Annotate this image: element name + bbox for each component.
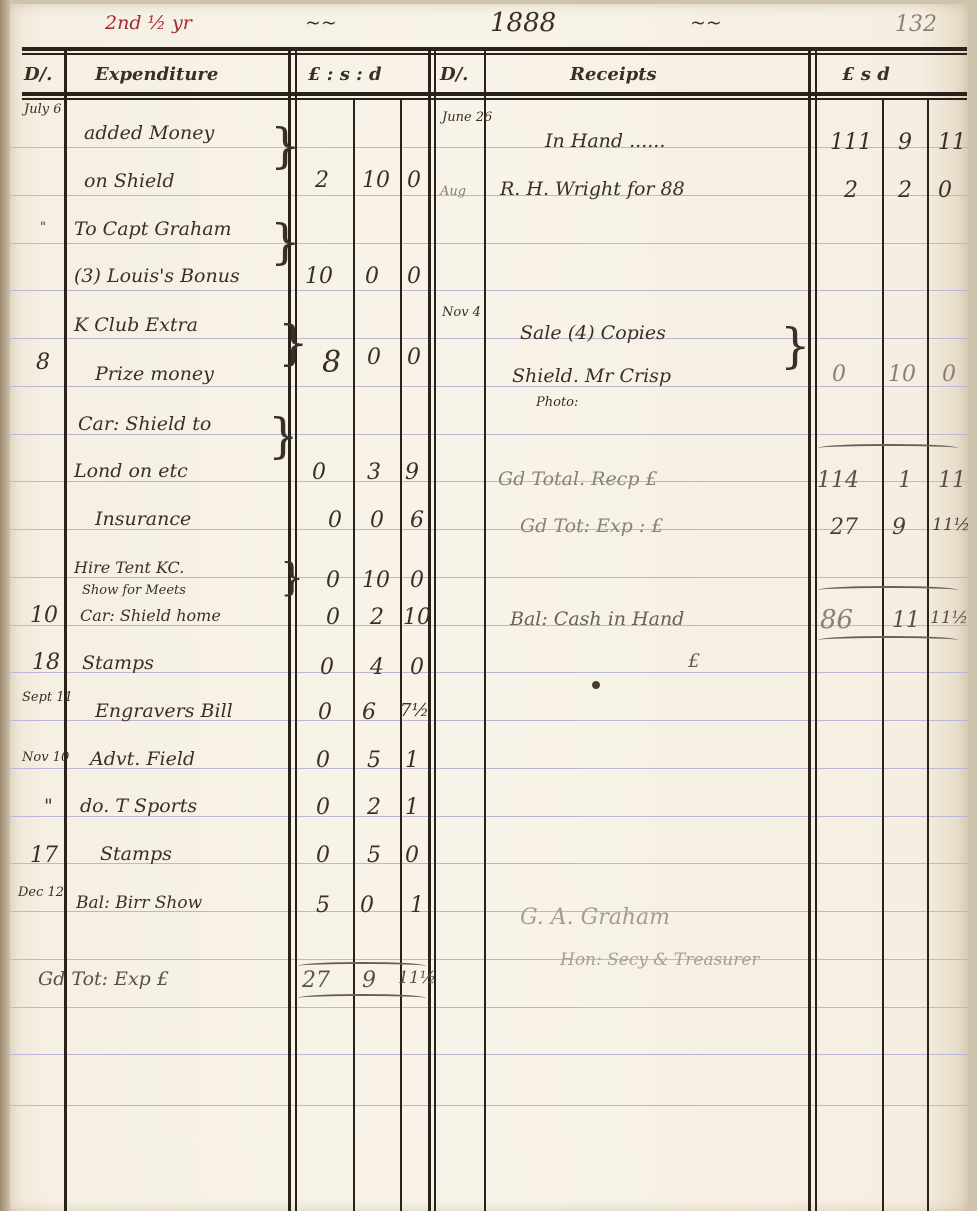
entry-pounds: 0 [326,605,340,630]
entry-line: K Club Extra [74,314,198,336]
brace-icon: } [280,555,304,599]
brace-icon: } [268,408,299,464]
entry-shillings: 4 [370,655,384,680]
entry-pence: 1 [405,795,419,820]
entry-shillings: 3 [367,460,381,485]
receipt-date: June 26 [442,110,492,125]
entry-date: " [44,795,53,817]
expenditure-total-pounds: 27 [302,968,330,993]
balance-rule-top [818,586,958,594]
signature-title: Hon: Secy & Treasurer [560,950,760,970]
rec-amount-header: £ s d [842,64,890,85]
entry-pence: 1 [405,748,419,773]
flourish-right: ~~ [690,12,722,34]
entry-line: Stamps [82,652,154,674]
entry-shillings: 10 [362,168,390,193]
expenditure-total-pence: 11½ [398,968,436,988]
exp-description-header: Expenditure [95,64,218,85]
year-title: 1888 [490,8,556,38]
receipt-pounds: 2 [844,178,858,203]
entry-line: Lond on etc [74,460,188,482]
entry-line: Hire Tent KC. [74,558,184,577]
entry-pounds: 0 [328,508,342,533]
receipt-line: R. H. Wright for 88 [500,178,685,200]
brace-icon: } [278,315,309,371]
entry-pence: 0 [407,345,421,370]
receipt-pence: 0 [938,178,952,203]
entry-shillings: 6 [362,700,376,725]
entry-date: 10 [30,603,58,628]
entry-line: Car: Shield home [80,606,221,625]
entry-date: 18 [32,650,60,675]
expenditure-carried-pence: 11½ [932,515,970,535]
entry-line: Prize money [95,363,214,385]
entry-date: July 6 [24,102,62,117]
entry-date: Dec 12 [18,885,64,900]
receipts-total-shillings: 1 [898,468,912,493]
balance-label: Bal: Cash in Hand [510,608,684,630]
receipt-line: Shield. Mr Crisp [512,365,671,387]
entry-pence: 1 [410,893,424,918]
entry-pounds: 5 [316,893,330,918]
entry-pounds: 0 [326,568,340,593]
receipt-line: Photo: [536,395,578,410]
entry-pounds: 8 [322,345,341,380]
entry-line: on Shield [84,170,175,192]
entry-line: Show for Meets [82,583,186,598]
entry-line: Advt. Field [90,748,195,770]
receipts-total-pounds: 114 [817,468,859,493]
entry-date: " [40,220,46,235]
expenditure-total-label: Gd Tot: Exp £ [38,968,169,990]
expenditure-total-shillings: 9 [362,968,376,993]
entry-pounds: 10 [305,264,333,289]
entry-shillings: 0 [370,508,384,533]
entry-pence: 0 [407,264,421,289]
brace-icon: } [270,118,301,174]
entry-date: 8 [36,350,50,375]
receipt-date: Aug [440,184,466,199]
rec-date-header: D/. [440,64,468,85]
ink-blot [592,681,600,689]
half-year-annotation: 2nd ½ yr [105,12,192,34]
entry-pence: 0 [407,168,421,193]
receipts-total-label: Gd Total. Recp £ [498,468,658,490]
total-underline [298,994,426,1002]
brace-icon: } [780,318,811,374]
entry-pounds: 0 [316,843,330,868]
exp-date-header: D/. [24,64,52,85]
rec-description-header: Receipts [570,64,657,85]
expenditure-carried-label: Gd Tot: Exp : £ [520,515,663,537]
entry-shillings: 0 [367,345,381,370]
entry-pence: 6 [410,508,424,533]
balance-currency: £ [688,650,700,672]
exp-amount-header: £ : s : d [308,64,382,85]
entry-line: Stamps [100,843,172,865]
entry-line: (3) Louis's Bonus [74,265,240,287]
receipt-pence: 0 [942,362,956,387]
receipt-pounds: 111 [830,130,872,155]
balance-shillings: 11 [892,608,920,633]
header-bottom-rule-2 [22,98,967,100]
balance-rule-bottom [818,636,958,644]
entry-shillings: 5 [367,748,381,773]
entry-shillings: 0 [365,264,379,289]
header-bottom-rule [22,92,967,96]
receipt-pounds: 0 [832,362,846,387]
entry-line: Bal: Birr Show [76,893,202,913]
entry-shillings: 2 [367,795,381,820]
entry-pence: 0 [405,843,419,868]
entry-pounds: 0 [316,795,330,820]
entry-pounds: 2 [315,168,329,193]
entry-line: Insurance [95,508,191,530]
signature-name: G. A. Graham [520,905,670,930]
entry-shillings: 5 [367,843,381,868]
receipt-line: Sale (4) Copies [520,322,666,344]
receipt-shillings: 9 [898,130,912,155]
entry-pounds: 0 [320,655,334,680]
entry-line: Engravers Bill [95,700,233,722]
entry-shillings: 10 [362,568,390,593]
entry-pounds: 0 [318,700,332,725]
page-number: 132 [895,12,937,37]
entry-pence: 0 [410,655,424,680]
receipt-line: In Hand ...... [545,130,665,152]
header-top-rule-2 [22,53,967,55]
expenditure-carried-shillings: 9 [892,515,906,540]
entry-date: Nov 10 [22,750,69,765]
entry-shillings: 0 [360,893,374,918]
brace-icon: } [270,214,301,270]
balance-pence: 11½ [930,608,968,628]
entry-pence: 0 [410,568,424,593]
expenditure-carried-pounds: 27 [830,515,858,540]
receipts-total-pence: 11 [938,468,966,493]
receipt-date: Nov 4 [442,305,481,320]
receipt-shillings: 10 [888,362,916,387]
entry-pence: 7½ [400,700,429,721]
header-top-rule [22,47,967,51]
entry-line: Car: Shield to [78,413,211,435]
entry-pounds: 0 [312,460,326,485]
entry-line: To Capt Graham [74,218,232,240]
entry-line: do. T Sports [80,795,197,817]
entry-pence: 9 [405,460,419,485]
entry-line: added Money [84,122,214,144]
entry-shillings: 2 [370,605,384,630]
receipt-pence: 11 [938,130,966,155]
totals-rule [818,444,958,452]
flourish-left: ~~ [305,12,337,34]
entry-date: Sept 11 [22,690,73,705]
balance-pounds: 86 [820,605,853,635]
entry-pounds: 0 [316,748,330,773]
entry-date: 17 [30,843,58,868]
receipt-shillings: 2 [898,178,912,203]
entry-pence: 10 [403,605,431,630]
